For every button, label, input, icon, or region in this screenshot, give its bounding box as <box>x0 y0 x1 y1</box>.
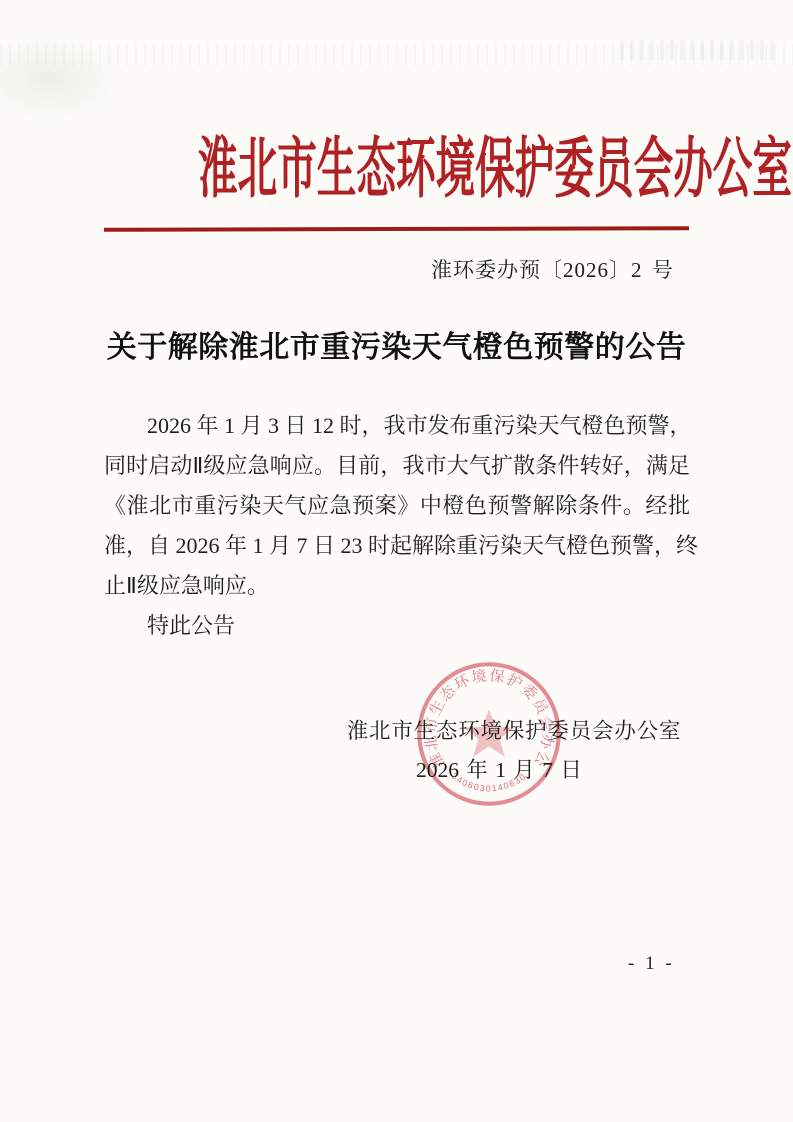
document-reference-number: 淮环委办预〔2026〕2 号 <box>431 254 674 286</box>
letterhead-agency-title-text: 淮北市生态环境保护委员会办公室 <box>198 124 792 216</box>
letterhead-red-separator <box>104 226 689 232</box>
body-line: 2026 年 1 月 3 日 12 时，我市发布重污染天气橙色预警， <box>104 406 690 446</box>
body-line: 准，自 2026 年 1 月 7 日 23 时起解除重污染天气橙色预警，终 <box>104 526 690 566</box>
document-title: 关于解除淮北市重污染天气橙色预警的公告 <box>0 329 793 367</box>
scan-smudge-top-left <box>0 36 125 122</box>
closing-phrase: 特此公告 <box>147 606 235 646</box>
scanned-document-page: 淮北市生态环境保护委员会办公室 淮环委办预〔2026〕2 号 关于解除淮北市重污… <box>0 0 793 1122</box>
body-line: 《淮北市重污染天气应急预案》中橙色预警解除条件。经批 <box>104 486 690 526</box>
letterhead-agency-title: 淮北市生态环境保护委员会办公室 <box>0 124 793 216</box>
signature-date: 2026 年 1 月 7 日 <box>331 755 667 785</box>
page-number: - 1 - <box>628 953 675 975</box>
svg-text:淮北市生态环境保护委员会办公室: 淮北市生态环境保护委员会办公室 <box>407 652 556 771</box>
seal-arc-text: 淮北市生态环境保护委员会办公室 <box>407 652 556 771</box>
scan-smudge-top-right <box>620 40 780 60</box>
signature-agency-name: 淮北市生态环境保护委员会办公室 <box>346 716 682 746</box>
body-paragraph: 2026 年 1 月 3 日 12 时，我市发布重污染天气橙色预警， 同时启动Ⅱ… <box>104 406 690 606</box>
body-line: 同时启动Ⅱ级应急响应。目前，我市大气扩散条件转好，满足 <box>104 446 690 486</box>
body-line: 止Ⅱ级应急响应。 <box>104 566 690 606</box>
